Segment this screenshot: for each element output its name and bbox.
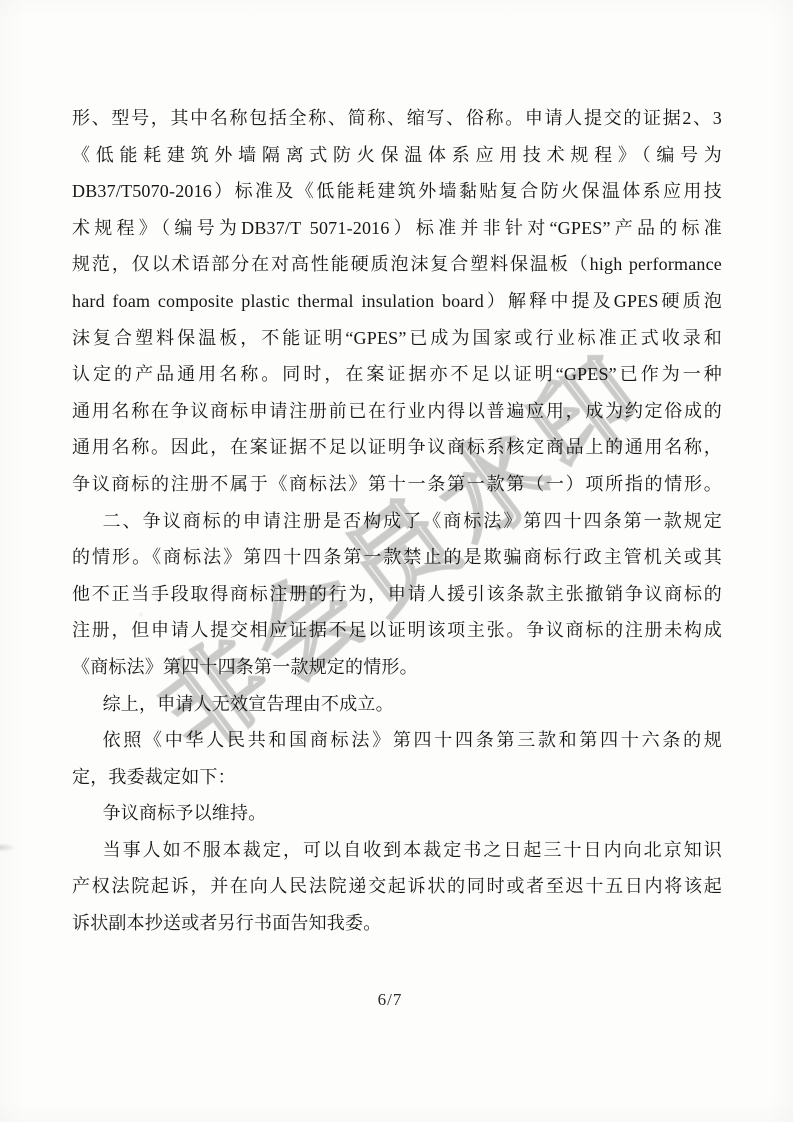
text-line: 注册，但申请人提交相应证据不足以证明该项主张。争议商标的注册未构成 — [72, 612, 722, 649]
text-line: 争议商标的注册不属于《商标法》第十一条第一款第（一）项所指的情形。 — [72, 466, 722, 503]
document-body: 形、型号，其中名称包括全称、简称、缩写、俗称。申请人提交的证据2、3《低能耗建筑… — [72, 100, 722, 942]
text-line: 规范，仅以术语部分在对高性能硬质泡沫复合塑料保温板（high performan… — [72, 246, 722, 283]
text-line: 认定的产品通用名称。同时，在案证据亦不足以证明“GPES”已作为一种 — [72, 356, 722, 393]
text-line: 《低能耗建筑外墙隔离式防火保温体系应用技术规程》（编号为 — [72, 137, 722, 174]
text-line: 二、争议商标的申请注册是否构成了《商标法》第四十四条第一款规定 — [72, 503, 722, 540]
text-line: hard foam composite plastic thermal insu… — [72, 283, 722, 320]
text-line: 他不正当手段取得商标注册的行为，申请人援引该条款主张撤销争议商标的 — [72, 576, 722, 613]
document-page: 非会员水印 形、型号，其中名称包括全称、简称、缩写、俗称。申请人提交的证据2、3… — [0, 0, 793, 1122]
text-line: 通用名称。因此，在案证据不足以证明争议商标系核定商品上的通用名称， — [72, 429, 722, 466]
text-line: 《商标法》第四十四条第一款规定的情形。 — [72, 649, 722, 686]
text-line: 的情形。《商标法》第四十四条第一款禁止的是欺骗商标行政主管机关或其 — [72, 539, 722, 576]
scan-artifact — [0, 843, 16, 852]
text-line: 当事人如不服本裁定，可以自收到本裁定书之日起三十日内向北京知识 — [72, 832, 722, 869]
text-line: 通用名称在争议商标申请注册前已在行业内得以普遍应用，成为约定俗成的 — [72, 393, 722, 430]
page-number: 6/7 — [0, 990, 780, 1010]
text-line: 形、型号，其中名称包括全称、简称、缩写、俗称。申请人提交的证据2、3 — [72, 100, 722, 137]
text-line: 争议商标予以维持。 — [72, 795, 722, 832]
text-line: 依照《中华人民共和国商标法》第四十四条第三款和第四十六条的规 — [72, 722, 722, 759]
text-line: DB37/T5070-2016）标准及《低能耗建筑外墙黏贴复合防火保温体系应用技 — [72, 173, 722, 210]
text-line: 术规程》（编号为DB37/T 5071-2016）标准并非针对“GPES”产品的… — [72, 210, 722, 247]
text-line: 诉状副本抄送或者另行书面告知我委。 — [72, 905, 722, 942]
text-line: 沫复合塑料保温板，不能证明“GPES”已成为国家或行业标准正式收录和 — [72, 320, 722, 357]
text-line: 产权法院起诉，并在向人民法院递交起诉状的同时或者至迟十五日内将该起 — [72, 868, 722, 905]
text-line: 定，我委裁定如下： — [72, 759, 722, 796]
text-line: 综上，申请人无效宣告理由不成立。 — [72, 686, 722, 723]
